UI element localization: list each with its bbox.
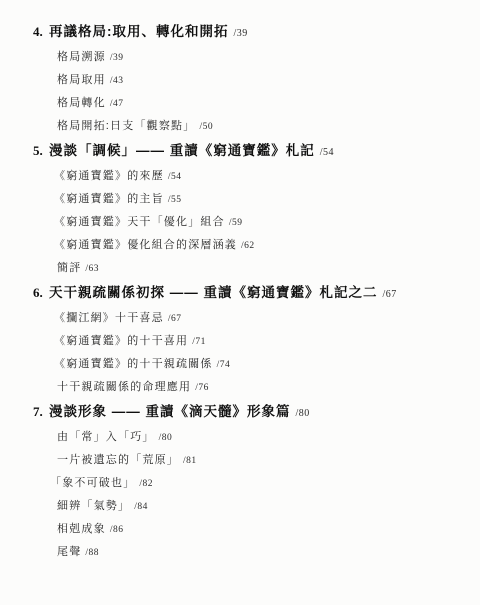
toc-item-label: 《窮通寶鑑》的主旨 (54, 193, 164, 205)
section-heading: 5. 漫談「調候」—— 重讀《窮通寶鑑》札記 /54 (33, 144, 470, 160)
toc-item: 《窮通寶鑑》天干「優化」組合/59 (54, 217, 470, 229)
toc-item-label: 相剋成象 (57, 523, 106, 535)
toc-item-label: 《窮通寶鑑》天干「優化」組合 (54, 216, 225, 228)
toc-item-page: /55 (168, 195, 182, 205)
toc-item-label: 尾聲 (57, 546, 81, 558)
toc-item-label: 《攔江網》十干喜忌 (54, 312, 164, 324)
toc-item-label: 《窮通寶鑑》的十干喜用 (54, 335, 188, 347)
toc-item: 《窮通寶鑑》優化組合的深層涵義/62 (54, 240, 470, 252)
toc-item: 相剋成象/86 (57, 524, 470, 536)
toc-item-page: /84 (134, 502, 148, 512)
toc-item-label: 細辨「氣勢」 (57, 500, 130, 512)
toc-item-label: 格局轉化 (57, 97, 106, 109)
toc-item: 一片被遺忘的「荒原」/81 (57, 455, 470, 467)
toc-section-6: 6. 天干親疏關係初探 —— 重讀《窮通寶鑑》札記之二 /67 《攔江網》十干喜… (33, 286, 470, 394)
section-heading: 4. 再議格局:取用、轉化和開拓 /39 (33, 25, 470, 41)
section-title: 再議格局:取用、轉化和開拓 (49, 25, 229, 39)
toc-item-label: 格局開拓:日支「觀察點」 (57, 120, 195, 132)
section-number: 5. (33, 144, 49, 158)
toc-item-page: /76 (195, 383, 209, 393)
toc-item: 格局溯源/39 (57, 52, 470, 64)
toc-item: 細辨「氣勢」/84 (57, 501, 470, 513)
toc-item-page: /62 (241, 241, 255, 251)
toc-item-page: /81 (183, 456, 197, 466)
section-page-number: /67 (383, 288, 397, 302)
toc-item: 「象不可破也」/82 (50, 478, 470, 490)
toc-item-label: 一片被遺忘的「荒原」 (57, 454, 179, 466)
section-page-number: /80 (296, 407, 310, 421)
toc-item: 十干親疏關係的命理應用/76 (57, 382, 470, 394)
section-items: 由「常」入「巧」/80 一片被遺忘的「荒原」/81 「象不可破也」/82 細辨「… (57, 432, 470, 559)
section-page-number: /54 (320, 146, 334, 160)
toc-item-label: 「象不可破也」 (50, 477, 135, 489)
section-items: 《窮通寶鑑》的來歷/54 《窮通寶鑑》的主旨/55 《窮通寶鑑》天干「優化」組合… (57, 171, 470, 275)
toc-item: 由「常」入「巧」/80 (57, 432, 470, 444)
section-items: 格局溯源/39 格局取用/43 格局轉化/47 格局開拓:日支「觀察點」/50 (57, 52, 470, 133)
toc-item-label: 《窮通寶鑑》的十干親疏關係 (54, 358, 213, 370)
section-heading: 6. 天干親疏關係初探 —— 重讀《窮通寶鑑》札記之二 /67 (33, 286, 470, 302)
toc-item-page: /43 (110, 76, 124, 86)
section-number: 7. (33, 405, 49, 419)
toc-item-label: 《窮通寶鑑》的來歷 (54, 170, 164, 182)
section-number: 6. (33, 286, 49, 300)
toc-section-5: 5. 漫談「調候」—— 重讀《窮通寶鑑》札記 /54 《窮通寶鑑》的來歷/54 … (33, 144, 470, 275)
toc-item-label: 格局溯源 (57, 51, 106, 63)
section-number: 4. (33, 25, 49, 39)
toc-section-7: 7. 漫談形象 —— 重讀《滴天髓》形象篇 /80 由「常」入「巧」/80 一片… (33, 405, 470, 559)
section-title: 漫談形象 —— 重讀《滴天髓》形象篇 (49, 405, 291, 419)
toc-item-label: 簡評 (57, 262, 81, 274)
toc-item: 《窮通寶鑑》的主旨/55 (54, 194, 470, 206)
toc-item-page: /59 (229, 218, 243, 228)
toc-item-page: /39 (110, 53, 124, 63)
toc-item-page: /71 (192, 337, 206, 347)
toc-item: 格局轉化/47 (57, 98, 470, 110)
toc-item-page: /86 (110, 525, 124, 535)
toc-item-page: /88 (85, 548, 99, 558)
section-items: 《攔江網》十干喜忌/67 《窮通寶鑑》的十干喜用/71 《窮通寶鑑》的十干親疏關… (57, 313, 470, 394)
toc-item-page: /47 (110, 99, 124, 109)
section-title: 漫談「調候」—— 重讀《窮通寶鑑》札記 (49, 144, 315, 158)
toc-item-page: /54 (168, 172, 182, 182)
toc-item-page: /80 (159, 433, 173, 443)
toc-item: 簡評/63 (57, 263, 470, 275)
toc-item: 格局開拓:日支「觀察點」/50 (57, 121, 470, 133)
section-title: 天干親疏關係初探 —— 重讀《窮通寶鑑》札記之二 (49, 286, 378, 300)
toc-section-4: 4. 再議格局:取用、轉化和開拓 /39 格局溯源/39 格局取用/43 格局轉… (33, 25, 470, 133)
toc-item-label: 由「常」入「巧」 (57, 431, 155, 443)
toc-item-page: /82 (139, 479, 153, 489)
toc-item: 《窮通寶鑑》的十干喜用/71 (54, 336, 470, 348)
toc-item-page: /67 (168, 314, 182, 324)
toc-item-label: 十干親疏關係的命理應用 (57, 381, 191, 393)
section-heading: 7. 漫談形象 —— 重讀《滴天髓》形象篇 /80 (33, 405, 470, 421)
toc-item-page: /63 (85, 264, 99, 274)
toc-item-page: /74 (217, 360, 231, 370)
toc-item: 尾聲/88 (57, 547, 470, 559)
toc-item-label: 《窮通寶鑑》優化組合的深層涵義 (54, 239, 237, 251)
toc-item: 格局取用/43 (57, 75, 470, 87)
section-page-number: /39 (234, 27, 248, 41)
toc-item: 《攔江網》十干喜忌/67 (54, 313, 470, 325)
toc-item-page: /50 (199, 122, 213, 132)
toc-item: 《窮通寶鑑》的來歷/54 (54, 171, 470, 183)
toc-item-label: 格局取用 (57, 74, 106, 86)
toc-page: 4. 再議格局:取用、轉化和開拓 /39 格局溯源/39 格局取用/43 格局轉… (0, 0, 480, 605)
toc-item: 《窮通寶鑑》的十干親疏關係/74 (54, 359, 470, 371)
